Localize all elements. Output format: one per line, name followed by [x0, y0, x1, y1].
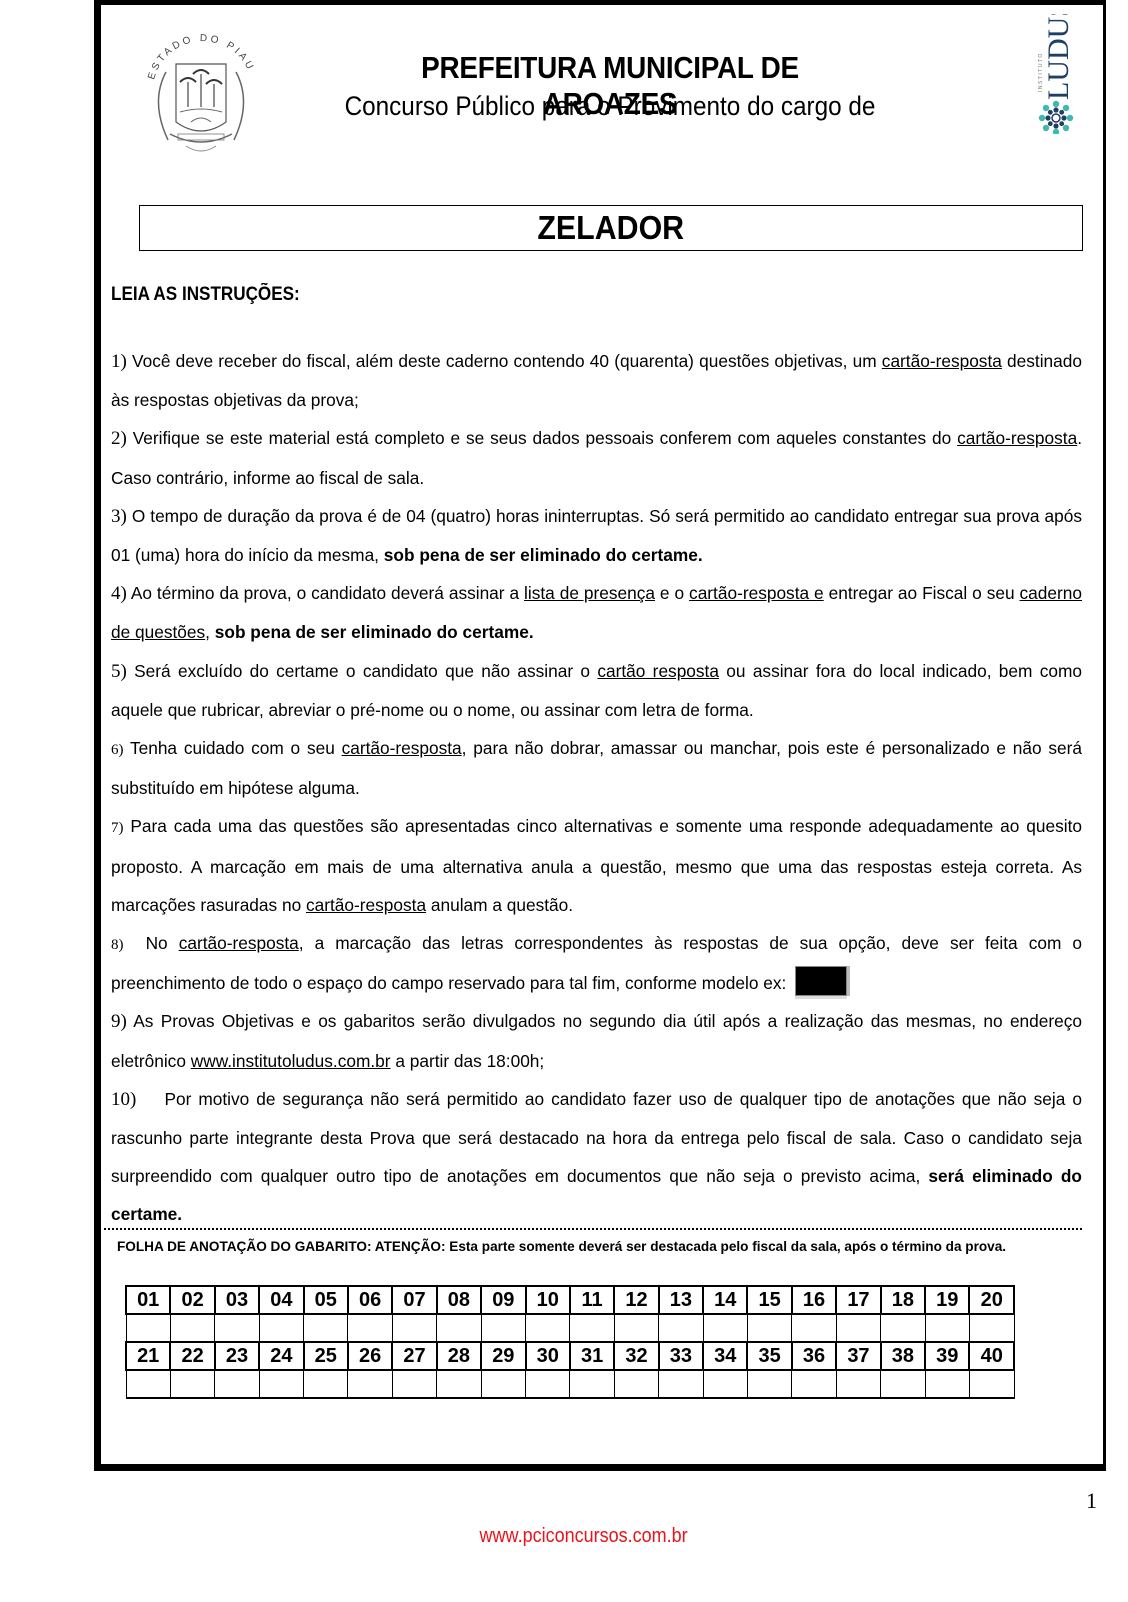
answer-cell[interactable]	[881, 1314, 925, 1342]
answer-cell[interactable]	[969, 1370, 1014, 1398]
answer-cell[interactable]	[659, 1370, 703, 1398]
question-number-cell: 36	[792, 1342, 836, 1370]
estado-do-piaui-crest-icon: ESTADO DO PIAUÍ	[136, 22, 266, 162]
answer-cell[interactable]	[304, 1314, 348, 1342]
answer-cell[interactable]	[437, 1370, 481, 1398]
underlined-term: cartão-resposta	[957, 428, 1077, 448]
answer-cell[interactable]	[703, 1314, 747, 1342]
question-number-cell: 17	[836, 1286, 880, 1314]
answer-cell[interactable]	[392, 1314, 436, 1342]
question-number-cell: 05	[304, 1286, 348, 1314]
instruction-text: e o	[655, 583, 689, 603]
underlined-term: cartão-resposta	[342, 738, 462, 758]
question-number-cell: 11	[570, 1286, 614, 1314]
instruction-number: 1)	[111, 351, 127, 372]
instruction-item: 10) Por motivo de segurança não será per…	[111, 1080, 1082, 1234]
underlined-term: cartão-resposta	[306, 895, 426, 915]
instruction-item: 9) As Provas Objetivas e os gabaritos se…	[111, 1002, 1082, 1079]
instruction-text: entregar ao Fiscal o seu	[824, 583, 1020, 603]
answer-cell[interactable]	[614, 1370, 658, 1398]
question-number-cell: 12	[614, 1286, 658, 1314]
question-number-cell: 04	[259, 1286, 303, 1314]
instruction-item: 4) Ao término da prova, o candidato deve…	[111, 574, 1082, 651]
answer-cell[interactable]	[170, 1370, 214, 1398]
instructions-list: 1) Você deve receber do fiscal, além des…	[111, 342, 1082, 1234]
question-number-cell: 28	[437, 1342, 481, 1370]
answer-cell[interactable]	[437, 1314, 481, 1342]
question-number-cell: 13	[659, 1286, 703, 1314]
question-number-cell: 02	[170, 1286, 214, 1314]
instruction-item: 2) Verifique se este material está compl…	[111, 419, 1082, 496]
instruction-item: 1) Você deve receber do fiscal, além des…	[111, 342, 1082, 419]
question-number-cell: 27	[392, 1342, 436, 1370]
cargo-title: ZELADOR	[538, 206, 685, 250]
answer-cell[interactable]	[259, 1370, 303, 1398]
instruction-number: 7)	[111, 820, 124, 836]
cut-line-divider	[104, 1228, 1082, 1230]
answer-cell[interactable]	[570, 1314, 614, 1342]
question-number-cell: 38	[881, 1342, 925, 1370]
question-number-cell: 23	[215, 1342, 259, 1370]
question-number-cell: 09	[481, 1286, 525, 1314]
ludus-logo-small-text: INSTITUTO	[1038, 52, 1044, 92]
question-number-cell: 15	[747, 1286, 791, 1314]
answer-cell[interactable]	[348, 1370, 392, 1398]
question-number-cell: 35	[747, 1342, 791, 1370]
instruction-number: 6)	[111, 742, 124, 758]
answer-number-row: 2122232425262728293031323334353637383940	[126, 1342, 1014, 1370]
instructions-heading: LEIA AS INSTRUÇÕES:	[111, 284, 300, 306]
answer-number-row: 0102030405060708091011121314151617181920	[126, 1286, 1014, 1314]
instruction-number: 9)	[111, 1011, 127, 1032]
instruction-number: 3)	[111, 506, 127, 527]
question-number-cell: 32	[614, 1342, 658, 1370]
page-number: 1	[1086, 1488, 1097, 1514]
answer-cell[interactable]	[747, 1370, 791, 1398]
question-number-cell: 07	[392, 1286, 436, 1314]
answer-cell[interactable]	[304, 1370, 348, 1398]
question-number-cell: 29	[481, 1342, 525, 1370]
answer-cell[interactable]	[126, 1370, 170, 1398]
answer-cell[interactable]	[747, 1314, 791, 1342]
question-number-cell: 40	[969, 1342, 1014, 1370]
underlined-term: cartão resposta	[597, 661, 719, 681]
question-number-cell: 18	[881, 1286, 925, 1314]
answer-blank-row	[126, 1314, 1014, 1342]
answer-cell[interactable]	[925, 1314, 969, 1342]
question-number-cell: 20	[969, 1286, 1014, 1314]
question-number-cell: 24	[259, 1342, 303, 1370]
answer-cell[interactable]	[792, 1370, 836, 1398]
question-number-cell: 19	[925, 1286, 969, 1314]
answer-cell[interactable]	[969, 1314, 1014, 1342]
answer-cell[interactable]	[836, 1370, 880, 1398]
underlined-term[interactable]: www.institutoludus.com.br	[191, 1051, 391, 1071]
filled-mark-example	[795, 966, 847, 996]
instruction-text: Verifique se este material está completo…	[127, 428, 957, 448]
answer-cell[interactable]	[126, 1314, 170, 1342]
question-number-cell: 10	[526, 1286, 570, 1314]
instituto-ludus-logo-icon: LUDUS INSTITUTO	[1030, 14, 1082, 134]
question-number-cell: 33	[659, 1342, 703, 1370]
underlined-term: cartão-resposta	[882, 351, 1002, 371]
instruction-text: Tenha cuidado com o seu	[124, 738, 342, 758]
instruction-number: 5)	[111, 661, 127, 682]
question-number-cell: 39	[925, 1342, 969, 1370]
instruction-item: 3) O tempo de duração da prova é de 04 (…	[111, 497, 1082, 574]
underlined-term: cartão-resposta e	[689, 583, 824, 603]
answer-grid: 0102030405060708091011121314151617181920…	[125, 1285, 1015, 1399]
instruction-number: 8)	[111, 937, 124, 953]
question-number-cell: 30	[526, 1342, 570, 1370]
question-number-cell: 01	[126, 1286, 170, 1314]
question-number-cell: 06	[348, 1286, 392, 1314]
instruction-number: 10)	[111, 1089, 136, 1110]
answer-cell[interactable]	[392, 1370, 436, 1398]
bold-warning: sob pena de ser eliminado do certame.	[384, 545, 703, 565]
answer-cell[interactable]	[526, 1314, 570, 1342]
question-number-cell: 34	[703, 1342, 747, 1370]
answer-cell[interactable]	[348, 1314, 392, 1342]
instruction-text: a partir das 18:00h;	[391, 1051, 545, 1071]
instruction-number: 2)	[111, 428, 127, 449]
instruction-text: anulam a questão.	[426, 895, 573, 915]
instruction-item: 6) Tenha cuidado com o seu cartão-respos…	[111, 729, 1082, 807]
answer-cell[interactable]	[481, 1314, 525, 1342]
answer-cell[interactable]	[703, 1370, 747, 1398]
underlined-term: lista de presença	[524, 583, 655, 603]
instruction-text: Ao término da prova, o candidato deverá …	[127, 583, 524, 603]
answer-cell[interactable]	[614, 1314, 658, 1342]
answer-cell[interactable]	[215, 1370, 259, 1398]
instruction-text: ,	[205, 622, 215, 642]
instruction-text: Para cada uma das questões são apresenta…	[111, 816, 1082, 914]
gabarito-note: FOLHA DE ANOTAÇÃO DO GABARITO: ATENÇÃO: …	[117, 1239, 1077, 1254]
header-subtitle: Concurso Público para o Provimento do ca…	[331, 91, 889, 122]
question-number-cell: 21	[126, 1342, 170, 1370]
answer-cell[interactable]	[925, 1370, 969, 1398]
instruction-text: Será excluído do certame o candidato que…	[127, 661, 598, 681]
answer-cell[interactable]	[836, 1314, 880, 1342]
question-number-cell: 03	[215, 1286, 259, 1314]
question-number-cell: 25	[304, 1342, 348, 1370]
ludus-logo-text: LUDUS	[1042, 14, 1075, 100]
answer-cell[interactable]	[259, 1314, 303, 1342]
question-number-cell: 08	[437, 1286, 481, 1314]
instruction-item: 5) Será excluído do certame o candidato …	[111, 652, 1082, 729]
answer-cell[interactable]	[215, 1314, 259, 1342]
answer-cell[interactable]	[659, 1314, 703, 1342]
instruction-text: Você deve receber do fiscal, além deste …	[127, 351, 882, 371]
underlined-term: cartão-resposta	[179, 933, 299, 953]
footer-url-text[interactable]: www.pciconcursos.com.br	[480, 1525, 688, 1548]
question-number-cell: 31	[570, 1342, 614, 1370]
question-number-cell: 14	[703, 1286, 747, 1314]
cargo-title-box: ZELADOR	[139, 205, 1083, 251]
answer-cell[interactable]	[526, 1370, 570, 1398]
answer-cell[interactable]	[170, 1314, 214, 1342]
answer-cell[interactable]	[570, 1370, 614, 1398]
answer-cell[interactable]	[881, 1370, 925, 1398]
answer-cell[interactable]	[481, 1370, 525, 1398]
instruction-text: No	[124, 933, 179, 953]
bold-warning: sob pena de ser eliminado do certame.	[215, 622, 534, 642]
footer-url[interactable]: www.pciconcursos.com.br	[0, 1525, 1128, 1548]
question-number-cell: 37	[836, 1342, 880, 1370]
question-number-cell: 22	[170, 1342, 214, 1370]
answer-cell[interactable]	[792, 1314, 836, 1342]
question-number-cell: 16	[792, 1286, 836, 1314]
instruction-number: 4)	[111, 583, 127, 604]
instruction-item: 8) No cartão-resposta, a marcação das le…	[111, 924, 1082, 1002]
question-number-cell: 26	[348, 1342, 392, 1370]
instruction-item: 7) Para cada uma das questões são aprese…	[111, 807, 1082, 924]
answer-blank-row	[126, 1370, 1014, 1398]
